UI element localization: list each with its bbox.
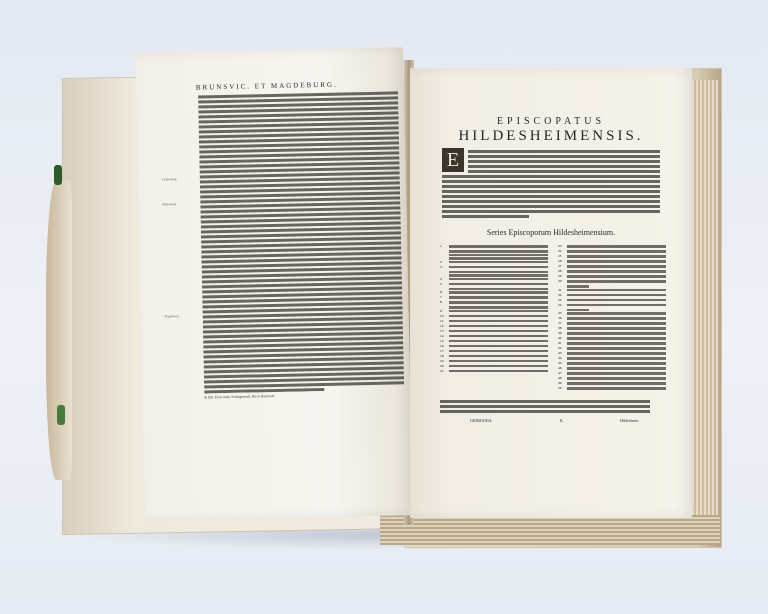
green-tab-marker [57,405,65,425]
catchword: Hildesheim [620,418,638,423]
bishop-list-right: 23 24 25 26 27 28 29 30 31 32 33 34 35 3… [558,244,666,391]
closing-text [440,398,650,415]
body-text [198,89,404,393]
title-line-2: HILDESHEIMENSIS. [410,128,692,145]
intro-text [468,148,660,175]
margin-note: Lichtenburg. [162,177,192,182]
left-page: BRUNSVIC. ET MAGDEBURG. Lichtenburg. Hil… [135,47,413,521]
decorated-initial: E [442,148,464,172]
title-line-1: EPISCOPATUS [410,116,692,127]
last-line: & filii. Ernst itum, Soltingerwalt, Duci… [204,394,274,399]
intro-text-cont [442,173,660,220]
right-page: EPISCOPATUS HILDESHEIMENSIS. E Series Ep… [410,68,692,518]
green-tab-marker [54,165,62,185]
signature-mark: K [560,418,563,423]
margin-note: Magdeburg. [165,314,195,319]
torn-flyleaf [46,180,72,480]
bottom-edge [380,515,720,545]
section-heading: Series Episcoporum Hildesheimensium. [410,228,692,237]
margin-note: Hildesheim. [162,202,192,207]
fore-edge [690,80,718,545]
bishop-list-left: 1 2 3 4 5 6 7 8 9 10 11 12 13 14 15 16 1… [440,244,548,374]
footer-left: GERMANIA. [470,418,493,423]
running-head: BRUNSVIC. ET MAGDEBURG. [196,81,338,92]
